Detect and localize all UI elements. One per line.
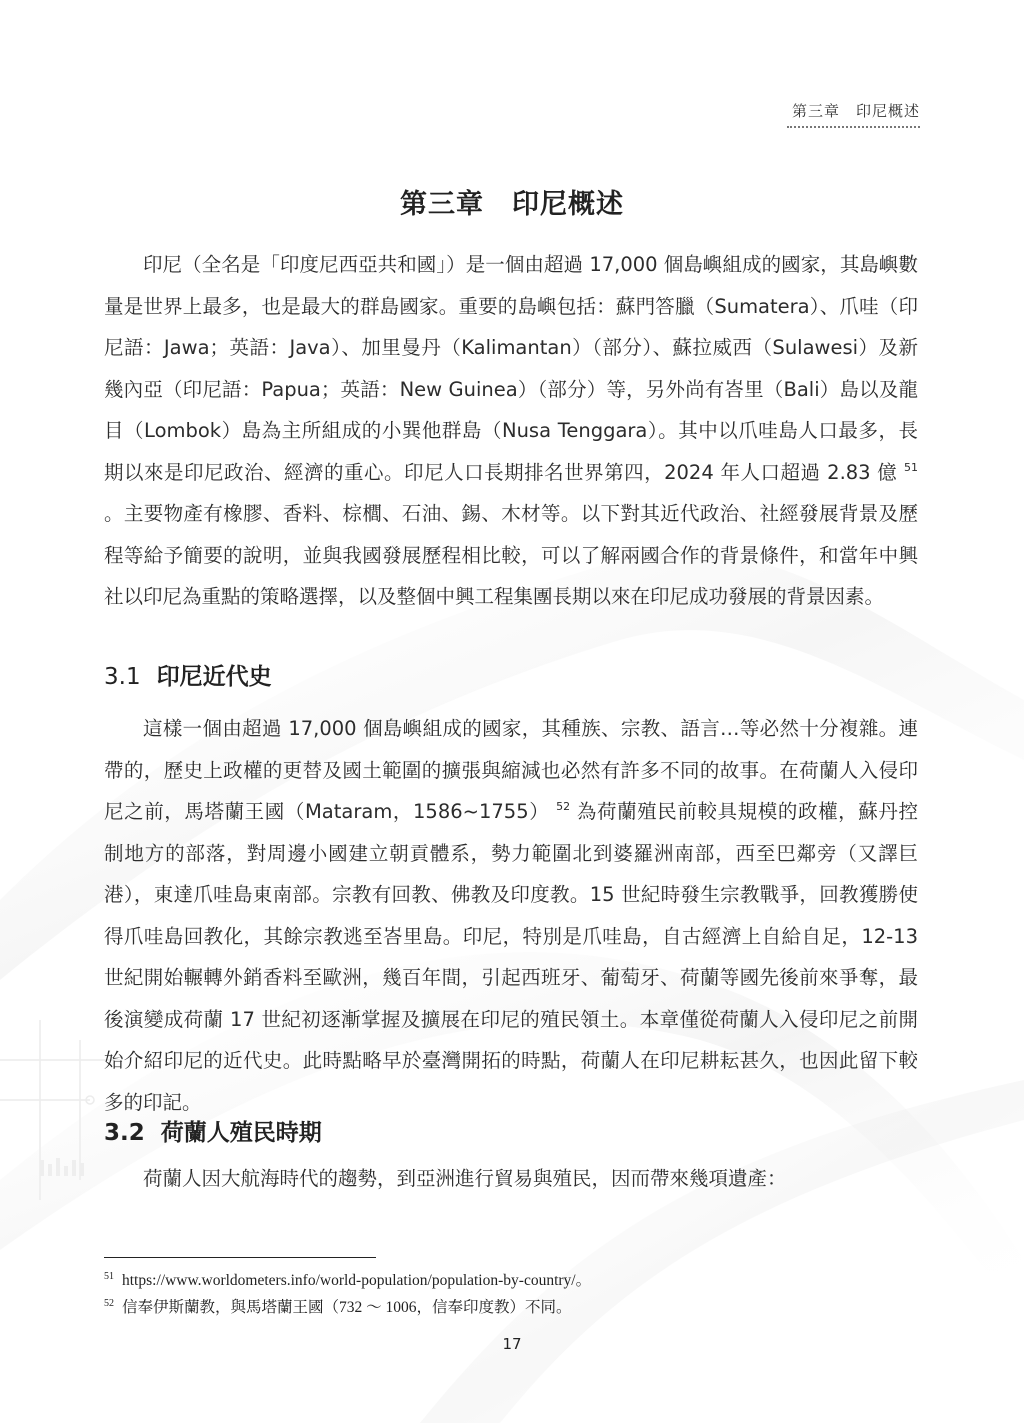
intro-paragraph: 印尼（全名是「印度尼西亞共和國」）是一個由超過 17,000 個島嶼組成的國家，… <box>104 244 918 618</box>
footnote-text[interactable]: https://www.worldometers.info/world-popu… <box>122 1272 591 1289</box>
section-number: 3.1 <box>104 664 141 690</box>
footnote-text: 信奉伊斯蘭教，與馬塔蘭王國（732 ～ 1006，信奉印度教）不同。 <box>122 1299 572 1316</box>
running-header: 第三章 印尼概述 <box>792 100 920 121</box>
section-heading-3-1: 3.1印尼近代史 <box>104 658 272 691</box>
footnote-ref-52[interactable]: 52 <box>556 800 570 813</box>
intro-text-2: 。主要物產有橡膠、香料、棕櫚、石油、錫、木材等。以下對其近代政治、社經發展背景及… <box>104 502 918 608</box>
footnote-52: 52信奉伊斯蘭教，與馬塔蘭王國（732 ～ 1006，信奉印度教）不同。 <box>104 1295 572 1317</box>
footnote-separator <box>104 1257 376 1258</box>
running-header-rule <box>787 126 920 128</box>
footnote-ref-51[interactable]: 51 <box>904 461 918 474</box>
page-number: 17 <box>0 1335 1024 1353</box>
section-title: 荷蘭人殖民時期 <box>161 1120 322 1146</box>
footnote-number: 51 <box>104 1271 114 1282</box>
section-number: 3.2 <box>104 1120 145 1146</box>
section-3-1-paragraph: 這樣一個由超過 17,000 個島嶼組成的國家，其種族、宗教、語言…等必然十分複… <box>104 708 918 1123</box>
intro-text-1: 印尼（全名是「印度尼西亞共和國」）是一個由超過 17,000 個島嶼組成的國家，… <box>104 253 918 484</box>
section-heading-3-2: 3.2荷蘭人殖民時期 <box>104 1114 322 1147</box>
footnote-number: 52 <box>104 1298 114 1309</box>
chapter-title: 第三章 印尼概述 <box>0 182 1024 221</box>
section-title: 印尼近代史 <box>157 664 272 690</box>
section-3-1-text-2: 為荷蘭殖民前較具規模的政權，蘇丹控制地方的部落，對周邊小國建立朝貢體系，勢力範圍… <box>104 800 918 1114</box>
section-3-2-paragraph: 荷蘭人因大航海時代的趨勢，到亞洲進行貿易與殖民，因而帶來幾項遺產： <box>104 1158 918 1200</box>
footnote-51: 51https://www.worldometers.info/world-po… <box>104 1268 591 1290</box>
